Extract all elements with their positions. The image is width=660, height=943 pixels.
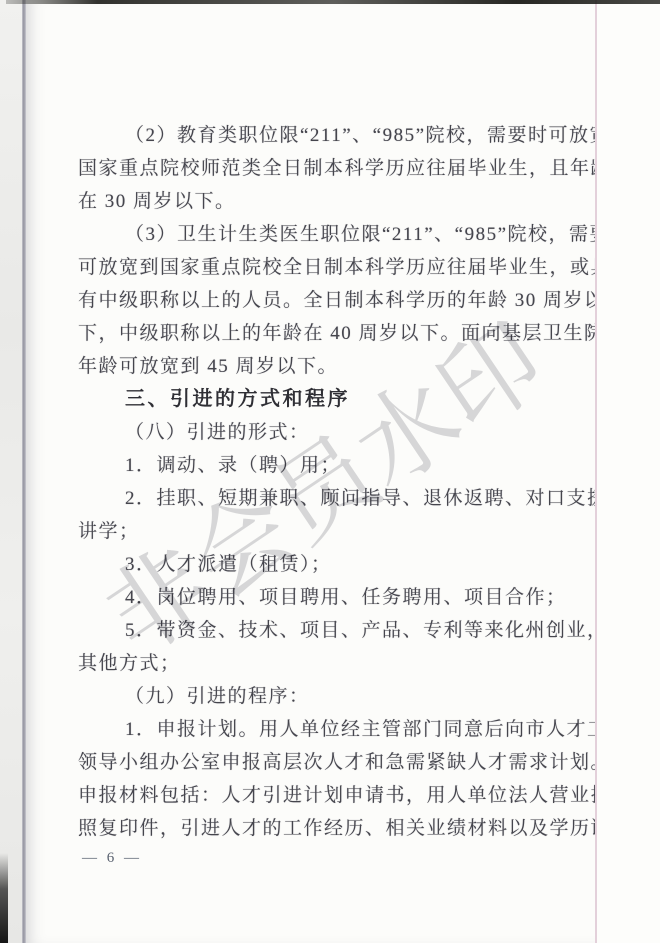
text-line: 1．调动、录（聘）用； — [78, 449, 580, 482]
text-line: （九）引进的程序： — [78, 680, 580, 713]
document-lines: （2）教育类职位限“211”、“985”院校，需要时可放宽到国家重点院校师范类全… — [78, 119, 580, 845]
text-line: 有中级职称以上的人员。全日制本科学历的年龄 30 周岁以 — [78, 284, 580, 317]
text-line: 可放宽到国家重点院校全日制本科学历应往届毕业生，或具 — [78, 251, 580, 284]
text-line: 3．人才派遣（租赁）； — [78, 548, 580, 581]
text-line: 4．岗位聘用、项目聘用、任务聘用、项目合作； — [78, 581, 580, 614]
scan-top-edge-line — [6, 0, 660, 4]
scan-bottom-left-shadow — [0, 853, 8, 943]
text-line: 在 30 周岁以下。 — [78, 185, 580, 218]
text-line: 照复印件，引进人才的工作经历、相关业绩材料以及学历证 — [78, 812, 580, 845]
text-line: （八）引进的形式： — [78, 416, 580, 449]
scanner-left-strip — [0, 0, 24, 943]
text-line: 下，中级职称以上的年龄在 40 周岁以下。面向基层卫生院的 — [78, 317, 580, 350]
text-line: （2）教育类职位限“211”、“985”院校，需要时可放宽到 — [78, 119, 580, 152]
scanner-right-strip — [597, 0, 660, 943]
text-line: 讲学； — [78, 515, 580, 548]
page-number: — 6 — — [82, 850, 142, 867]
text-line: 国家重点院校师范类全日制本科学历应往届毕业生，且年龄 — [78, 152, 580, 185]
text-line: 5．带资金、技术、项目、产品、专利等来化州创业，或 — [78, 614, 580, 647]
paper-sheet: （2）教育类职位限“211”、“985”院校，需要时可放宽到国家重点院校师范类全… — [26, 0, 596, 943]
text-line: 1．申报计划。用人单位经主管部门同意后向市人才工作 — [78, 713, 580, 746]
text-line: 其他方式； — [78, 647, 580, 680]
text-line: 三、引进的方式和程序 — [78, 383, 580, 416]
text-line: 领导小组办公室申报高层次人才和急需紧缺人才需求计划。 — [78, 746, 580, 779]
scanned-document-page: （2）教育类职位限“211”、“985”院校，需要时可放宽到国家重点院校师范类全… — [0, 0, 660, 943]
text-line: 申报材料包括：人才引进计划申请书，用人单位法人营业执 — [78, 779, 580, 812]
text-line: （3）卫生计生类医生职位限“211”、“985”院校，需要时 — [78, 218, 580, 251]
text-line: 2．挂职、短期兼职、顾问指导、退休返聘、对口支援、 — [78, 482, 580, 515]
text-line: 年龄可放宽到 45 周岁以下。 — [78, 350, 580, 383]
